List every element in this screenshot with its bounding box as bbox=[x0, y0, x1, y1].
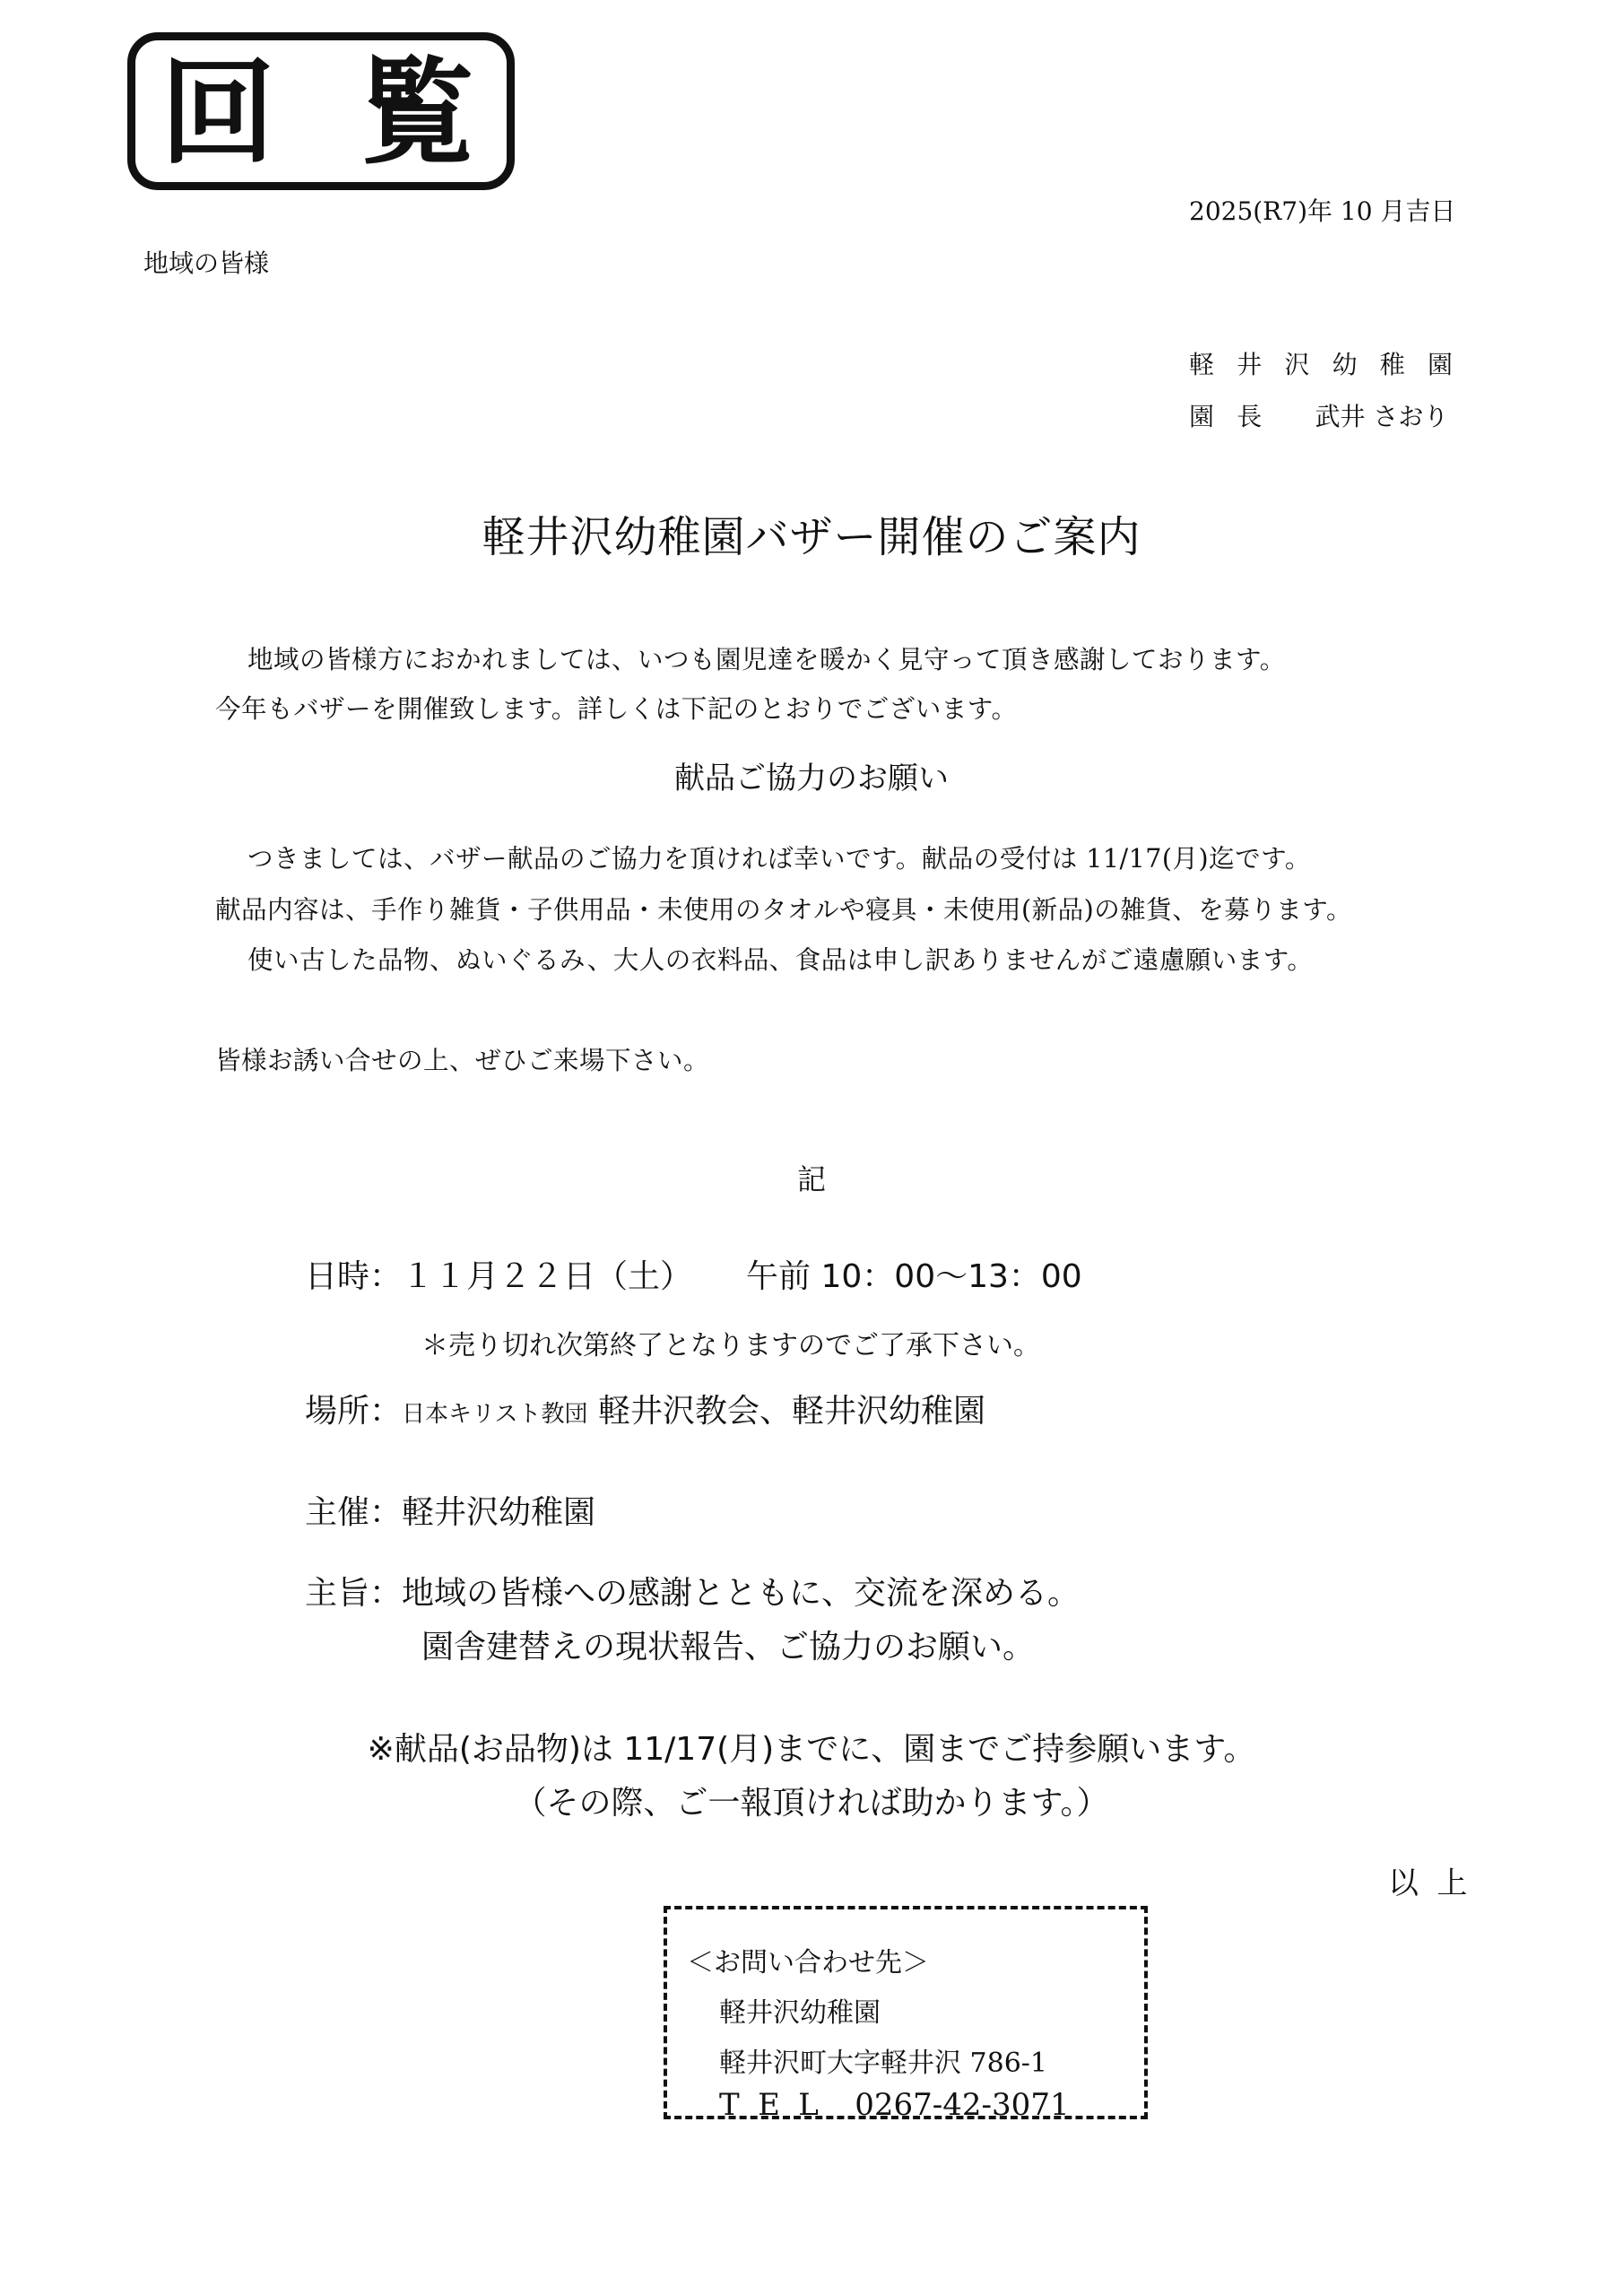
detail-datetime: 日時：１１月２２日（土）午前 10：00〜13：00 bbox=[305, 1251, 1082, 1297]
donation-heading: 献品ご協力のお願い bbox=[0, 753, 1623, 797]
intro-line-2: 今年もバザーを開催致します。詳しくは下記のとおりでございます。 bbox=[215, 689, 1017, 726]
datetime-time: 午前 10：00〜13：00 bbox=[746, 1258, 1082, 1295]
sender-org: 軽井沢幼稚園 bbox=[1189, 339, 1475, 391]
contact-address: 軽井沢町大字軽井沢 786-1 bbox=[719, 2040, 1047, 2080]
contact-phone: TEL0267-42-3071 bbox=[719, 2087, 1070, 2123]
sender-title: 園長 bbox=[1189, 402, 1284, 431]
delivery-line-1: ※献品(お品物)は 11/17(月)までに、園までご持参願います。 bbox=[0, 1724, 1623, 1770]
delivery-line-2: （その際、ご一報頂ければ助かります。） bbox=[0, 1778, 1623, 1823]
host-label: 主催： bbox=[305, 1494, 402, 1531]
sender-block: 軽井沢幼稚園 園長 武井 さおり bbox=[1189, 339, 1475, 443]
invitation-line: 皆様お誘い合せの上、ぜひご来場下さい。 bbox=[215, 1040, 709, 1077]
kairan-stamp: 回 覧 bbox=[127, 32, 515, 190]
purpose-line-1: 地域の皆様への感謝とともに、交流を深める。 bbox=[402, 1575, 1080, 1612]
contact-box: ＜お問い合わせ先＞ 軽井沢幼稚園 軽井沢町大字軽井沢 786-1 TEL0267… bbox=[664, 1906, 1148, 2119]
datetime-note: ＊売り切れ次第終了となりますのでご了承下さい。 bbox=[421, 1323, 1040, 1362]
host-value: 軽井沢幼稚園 bbox=[402, 1494, 595, 1531]
addressee: 地域の皆様 bbox=[143, 244, 269, 280]
donation-line-3: 使い古した品物、ぬいぐるみ、大人の衣料品、食品は申し訳ありませんがご遠慮願います… bbox=[215, 940, 1313, 977]
detail-host: 主催：軽井沢幼稚園 bbox=[305, 1487, 595, 1533]
intro-line-1: 地域の皆様方におかれましては、いつも園児達を暖かく見守って頂き感謝しております。 bbox=[215, 639, 1286, 676]
datetime-date: １１月２２日（土） bbox=[402, 1258, 692, 1295]
sender-person: 園長 武井 さおり bbox=[1189, 391, 1475, 443]
tel-number: 0267-42-3071 bbox=[855, 2087, 1069, 2123]
ki-marker: 記 bbox=[0, 1157, 1623, 1198]
donation-line-1: つきましては、バザー献品のご協力を頂ければ幸いです。献品の受付は 11/17(月… bbox=[215, 839, 1311, 875]
datetime-label: 日時： bbox=[305, 1258, 402, 1295]
tel-label: TEL bbox=[719, 2087, 837, 2123]
sender-name: 武井 さおり bbox=[1315, 402, 1449, 431]
contact-heading: ＜お問い合わせ先＞ bbox=[687, 1940, 929, 1979]
place-label: 場所： bbox=[305, 1393, 402, 1430]
donation-line-2: 献品内容は、手作り雑貨・子供用品・未使用のタオルや寝具・未使用(新品)の雑貨、を… bbox=[215, 890, 1352, 926]
detail-purpose: 主旨：地域の皆様への感謝とともに、交流を深める。 bbox=[305, 1568, 1080, 1613]
stamp-char-kai: 回 bbox=[161, 57, 275, 171]
detail-place: 場所：日本キリスト教団 軽井沢教会、軽井沢幼稚園 bbox=[305, 1386, 985, 1431]
purpose-line-2: 園舎建替えの現状報告、ご協力のお願い。 bbox=[421, 1622, 1035, 1667]
place-org: 日本キリスト教団 bbox=[402, 1401, 587, 1428]
document-title: 軽井沢幼稚園バザー開催のご案内 bbox=[0, 502, 1623, 564]
place-value: 軽井沢教会、軽井沢幼稚園 bbox=[598, 1393, 985, 1430]
stamp-char-ran: 覧 bbox=[360, 57, 474, 171]
issue-date: 2025(R7)年 10 月吉日 bbox=[1189, 192, 1455, 228]
closing-ijou: 以上 bbox=[1388, 1858, 1486, 1902]
contact-org: 軽井沢幼稚園 bbox=[719, 1990, 881, 2030]
purpose-label: 主旨： bbox=[305, 1575, 402, 1612]
